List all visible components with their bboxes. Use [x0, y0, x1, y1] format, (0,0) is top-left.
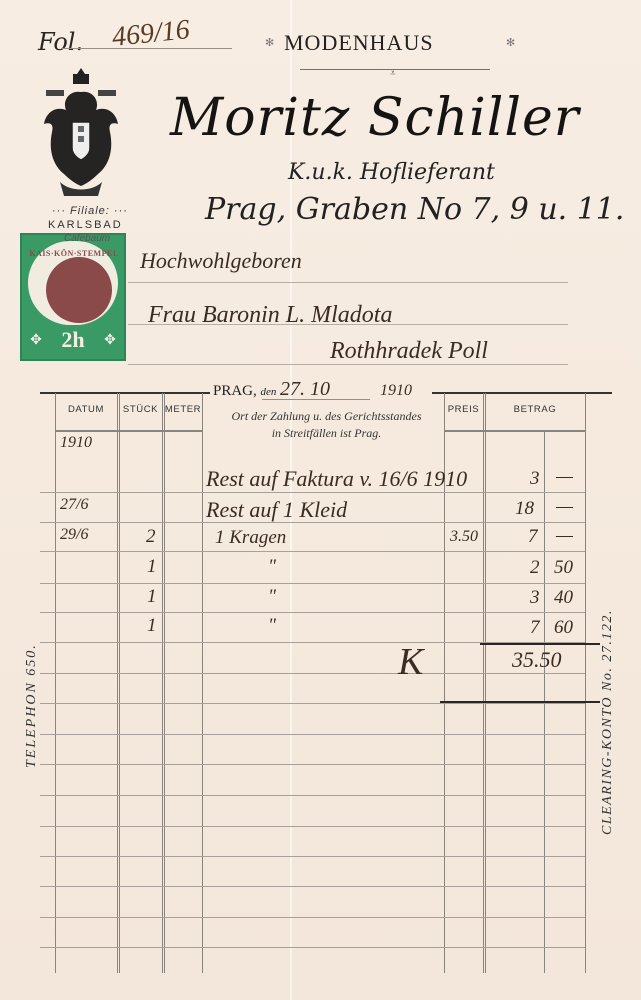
column-rule: [585, 393, 586, 973]
row-rule: [40, 886, 585, 887]
merchant-name: Moritz Schiller: [170, 88, 580, 148]
row-datum: 27/6: [60, 496, 88, 514]
date-place: PRAG, den: [213, 383, 276, 400]
branch-label: ··· Filiale: ···: [52, 205, 128, 217]
row-betrag-heller: 60: [554, 617, 573, 639]
row-betrag-heller: —: [556, 496, 573, 518]
row-stueck: 1: [147, 556, 157, 578]
column-header-meter: METER: [164, 404, 202, 415]
merchant-title: K.u.k. Hoflieferant: [288, 160, 495, 185]
double-eagle-crest-icon: [40, 62, 122, 202]
header-rule: [444, 430, 585, 432]
header-rule-left: [40, 392, 210, 394]
row-rule: [40, 795, 585, 796]
row-betrag-heller: 50: [554, 557, 573, 579]
revenue-stamp: KAIS·KÖN·STEMPEL ✥ 2h ✥: [20, 233, 126, 361]
stamp-cross-icon: ✥: [102, 333, 118, 349]
row-betrag-heller: —: [556, 525, 573, 547]
row-stueck: 1: [147, 586, 157, 608]
row-rule: [40, 551, 585, 552]
ornament-arrow-icon: ⩡: [390, 68, 396, 79]
row-description: 1 Kragen: [215, 527, 286, 549]
row-description: ": [268, 615, 276, 637]
row-rule: [40, 583, 585, 584]
shop-type: MODENHAUS: [284, 30, 434, 56]
folio-label: Fol.: [38, 28, 83, 56]
row-preis: 3.50: [450, 528, 478, 546]
recipient-salutation: Hochwohlgeboren: [140, 248, 302, 274]
recipient-place: Rothhradek Poll: [330, 338, 488, 365]
row-datum: 1910: [60, 434, 92, 452]
branch-location: Cafebaum: [64, 233, 110, 244]
row-betrag-kronen: 7: [528, 526, 538, 548]
row-betrag-kronen: 2: [530, 557, 540, 579]
branch-city: KARLSBAD: [48, 219, 123, 231]
telephone-number: TELEPHON 650.: [24, 643, 40, 768]
row-betrag-heller: —: [556, 466, 573, 488]
row-betrag-kronen: 7: [530, 617, 540, 639]
row-rule: [40, 856, 585, 857]
jurisdiction-note: Ort der Zahlung u. des Gerichtsstandes i…: [214, 408, 439, 442]
row-rule: [40, 673, 585, 674]
row-description: ": [268, 586, 276, 608]
column-header-betrag: BETRAG: [485, 404, 585, 415]
row-betrag-heller: 40: [554, 587, 573, 609]
column-header-preis: PREIS: [444, 404, 483, 415]
row-rule: [40, 947, 585, 948]
ornament-star-icon: ✻: [506, 36, 515, 49]
total-currency: K: [398, 640, 423, 684]
row-rule: [40, 703, 585, 704]
row-description: Rest auf Faktura v. 16/6 1910: [206, 466, 467, 492]
invoice-date: 27. 10: [280, 378, 330, 401]
row-description: ": [268, 556, 276, 578]
subtotal-rule: [480, 643, 600, 645]
row-stueck: 1: [147, 615, 157, 637]
row-rule: [40, 764, 585, 765]
invoice-year: 1910: [380, 382, 412, 400]
recipient-name: Frau Baronin L. Mladota: [148, 302, 392, 329]
row-datum: 29/6: [60, 526, 88, 544]
stamp-portrait-icon: [46, 257, 112, 323]
recipient-line: [128, 282, 568, 283]
total-amount: 35.50: [512, 647, 562, 673]
merchant-address: Prag, Graben No 7, 9 u. 11.: [205, 192, 624, 227]
row-description: Rest auf 1 Kleid: [206, 497, 347, 523]
row-betrag-kronen: 18: [515, 498, 534, 520]
row-stueck: 2: [146, 526, 156, 548]
row-rule: [40, 734, 585, 735]
row-betrag-kronen: 3: [530, 587, 540, 609]
ornament-star-icon: ✻: [265, 36, 274, 49]
column-header-stueck: STÜCK: [119, 404, 162, 415]
stamp-inscription: KAIS·KÖN·STEMPEL: [29, 249, 119, 258]
row-rule: [40, 826, 585, 827]
row-rule: [40, 917, 585, 918]
row-rule: [40, 612, 585, 613]
row-rule: [40, 492, 585, 493]
row-betrag-kronen: 3: [530, 468, 540, 490]
column-header-datum: DATUM: [55, 404, 117, 415]
clearing-account: CLEARING-KONTO No. 27.122.: [600, 609, 616, 835]
header-rule: [55, 430, 202, 432]
total-rule: [440, 701, 600, 703]
